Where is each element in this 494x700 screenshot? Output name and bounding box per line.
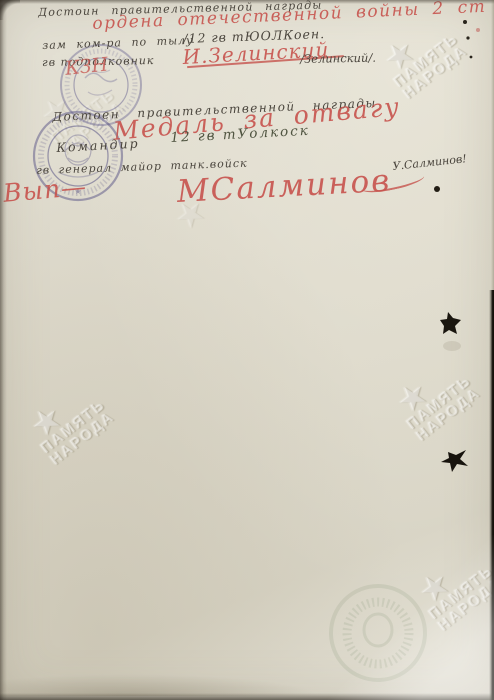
ink-speck <box>466 36 469 39</box>
countersign-name: /Зелинский/. <box>300 51 376 66</box>
watermark-line2: НАРОДА <box>414 385 484 444</box>
smudge <box>443 341 461 351</box>
watermark-line1: ПАМЯТЬ <box>38 397 108 456</box>
watermark-pamyat-naroda: ★ ПАМЯТЬ НАРОДА <box>412 544 494 634</box>
handwriting-position-line: зам ком-ра по тылу <box>42 34 194 52</box>
paper-hole <box>441 450 468 472</box>
page-corner-curl-highlight <box>284 535 494 700</box>
ink-speck <box>434 186 440 192</box>
paper-hole <box>440 312 461 334</box>
red-initials-over-stamp: КЗН <box>64 53 109 79</box>
star-icon: ★ <box>0 378 99 465</box>
clerk-name-note: У.Салминов! <box>392 152 467 173</box>
round-stamp-bottom-faint <box>331 586 425 680</box>
watermark-line1: ПАМЯТЬ <box>404 373 474 432</box>
star-icon: ★ <box>363 354 465 441</box>
page-bottom-shadow <box>0 674 320 696</box>
watermark-pamyat-naroda: ★ ПАМЯТЬ НАРОДА <box>390 354 484 444</box>
page-edge-left <box>0 0 7 700</box>
ink-speck <box>470 56 473 59</box>
scanned-document-page: ★ ПАМЯТЬ НАРОДА ★ ПАМЯТЬ НАРОДА ★ ★ ПАМЯ… <box>0 0 494 700</box>
page-edge-right-lower <box>489 290 494 700</box>
star-icon: ★ <box>385 544 487 631</box>
red-speck <box>476 28 480 32</box>
watermark-pamyat-naroda: ★ ПАМЯТЬ НАРОДА <box>24 378 118 468</box>
page-edge-bottom <box>0 693 494 700</box>
page-corner-top-left <box>0 0 20 20</box>
red-margin-mark: Вып— <box>2 172 88 208</box>
watermark-line2: НАРОДА <box>436 575 494 634</box>
handwriting-commander-label: Командир <box>56 136 140 155</box>
ink-speck <box>463 20 467 24</box>
watermark-line1: ПАМЯТЬ <box>391 31 461 90</box>
watermark-pamyat-naroda: ★ ПАМЯТЬ НАРОДА <box>377 12 471 102</box>
watermark-line2: НАРОДА <box>48 409 118 468</box>
watermark-line1: ПАМЯТЬ <box>426 563 494 622</box>
watermark-line2: НАРОДА <box>401 43 471 102</box>
